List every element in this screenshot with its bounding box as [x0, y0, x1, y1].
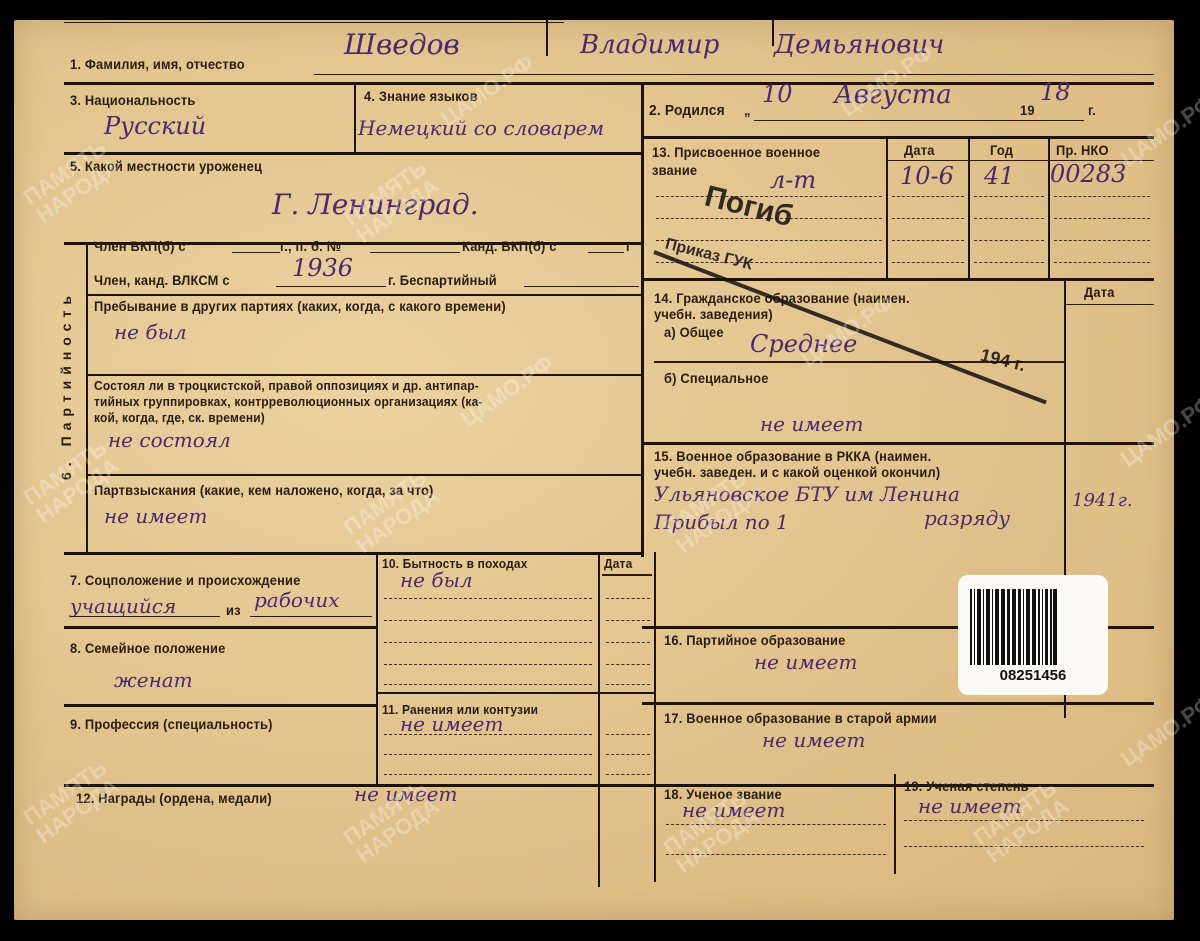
field-19-value: не имеет [918, 794, 1021, 818]
stamp-order: Приказ ГУК [663, 235, 754, 274]
dotted-rule [892, 262, 964, 263]
field-14-date-header: Дата [1084, 284, 1115, 300]
field-13-label-1: 13. Присвоенное военное [652, 144, 820, 160]
field-14-label-2: учебн. заведения) [654, 306, 773, 322]
dotted-rule [384, 620, 592, 621]
dotted-rule [1054, 218, 1150, 219]
field-6-penalties-value: не имеет [104, 504, 207, 528]
field-1-name: Владимир [580, 30, 719, 60]
field-14-general-value: Среднее [750, 330, 857, 358]
field-18-value: не имеет [682, 798, 785, 822]
barcode-number: 08251456 [958, 667, 1108, 684]
field-13-header-date: Дата [904, 142, 935, 158]
field-6-opposition-label-1: Состоял ли в троцкистской, правой оппози… [94, 378, 479, 393]
field-6-section-label: 6. Партийность [58, 290, 74, 480]
dotted-rule [606, 642, 650, 643]
dotted-rule [974, 240, 1044, 241]
field-2-year: 18 [1040, 78, 1071, 106]
field-19-label: 19. Ученая степень [904, 778, 1029, 794]
dotted-rule [384, 598, 592, 599]
field-6-penalties-label: Партвзыскания (какие, кем наложено, когд… [94, 482, 433, 498]
dotted-rule [606, 620, 650, 621]
dotted-rule [384, 642, 592, 643]
dotted-rule [606, 734, 650, 735]
field-5-label: 5. Какой местности уроженец [70, 158, 262, 174]
field-3-value: Русский [104, 112, 206, 140]
field-6-vkp-year: г., п. б. № [280, 238, 341, 254]
dotted-rule [384, 734, 592, 735]
dotted-rule [606, 754, 650, 755]
watermark: ПАМЯТЬНАРОДА [340, 467, 443, 558]
field-4-value: Немецкий со словарем [358, 116, 604, 140]
dotted-rule [606, 684, 650, 685]
dotted-rule [606, 774, 650, 775]
field-7-value-origin: рабочих [254, 588, 340, 612]
field-3-label: 3. Национальность [70, 92, 196, 108]
field-15-grade: разряду [924, 506, 1010, 530]
dotted-rule [974, 218, 1044, 219]
field-2-month: Августа [834, 80, 952, 110]
watermark: ЦАМО.РФ [1117, 391, 1200, 470]
field-2-year-unit: г. [1088, 102, 1096, 118]
dotted-rule [1054, 196, 1150, 197]
watermark: ПАМЯТЬНАРОДА [20, 137, 123, 228]
stamp-date: 194 г. [978, 345, 1027, 376]
field-10-value: не был [400, 568, 473, 592]
dotted-rule [384, 754, 592, 755]
field-17-label: 17. Военное образование в старой армии [664, 710, 937, 726]
field-7-connector: из [226, 602, 241, 618]
field-5-value: Г. Ленинград. [272, 188, 479, 221]
dotted-rule [384, 774, 592, 775]
field-6-other-parties-value: не был [114, 320, 187, 344]
field-14-general-label: а) Общее [664, 324, 724, 340]
field-15-arrival: Прибыл по 1 [654, 510, 789, 534]
field-6-opposition-value: не состоял [108, 428, 231, 452]
dotted-rule [892, 240, 964, 241]
dotted-rule [384, 664, 592, 665]
dotted-rule [974, 262, 1044, 263]
field-8-value: женат [114, 668, 193, 692]
field-15-school: Ульяновское БТУ им Ленина [654, 482, 960, 506]
field-13-header-order: Пр. НКО [1056, 142, 1109, 158]
dotted-rule [1054, 240, 1150, 241]
field-14-special-value: не имеет [760, 412, 863, 436]
field-15-label-1: 15. Военное образование в РККА (наимен. [654, 448, 931, 464]
field-2-quote: „ [744, 102, 751, 118]
field-17-value: не имеет [762, 728, 865, 752]
field-16-value: не имеет [754, 650, 857, 674]
field-6-vlksm-g: г. Беспартийный [388, 272, 497, 288]
field-13-date: 10-6 [900, 162, 954, 190]
field-2-year-prefix: 19 [1020, 102, 1035, 118]
barcode-bars [970, 589, 1096, 665]
field-12-label: 12. Награды (ордена, медали) [76, 790, 272, 806]
field-1-surname: Шведов [344, 28, 460, 61]
field-12-value: не имеет [354, 782, 457, 806]
field-15-label-2: учебн. заведен. и с какой оценкой окончи… [654, 464, 940, 480]
field-15-year: 1941г. [1072, 490, 1133, 511]
field-14-special-label: б) Специальное [664, 370, 769, 386]
field-7-label: 7. Соцположение и происхождение [70, 572, 301, 588]
field-6-vlksm-year: 1936 [292, 254, 353, 282]
field-6-other-parties-label: Пребывание в других партиях (каких, когд… [94, 298, 506, 314]
field-9-label: 9. Профессия (специальность) [70, 716, 273, 732]
dotted-rule [892, 218, 964, 219]
field-6-vlksm-label: Член, канд. ВЛКСМ с [94, 272, 230, 288]
field-11-value: не имеет [400, 712, 503, 736]
field-13-year: 41 [984, 162, 1015, 190]
dotted-rule [384, 684, 592, 685]
dotted-rule [892, 196, 964, 197]
field-4-label: 4. Знание языков [364, 88, 478, 104]
dotted-rule [1054, 262, 1150, 263]
field-2-label: 2. Родился [649, 102, 725, 119]
field-7-value-status: учащийся [70, 594, 176, 618]
field-1-patronymic: Демьянович [774, 30, 944, 60]
field-13-rank: л-т [770, 166, 816, 194]
watermark: ЦАМО.РФ [1117, 91, 1200, 170]
field-6-vkp-candidate: Канд. ВКП(б) с [462, 238, 557, 254]
field-6-opposition-label-3: кой, когда, где, ск. времени) [94, 410, 265, 425]
field-13-header-year: Год [990, 142, 1013, 158]
field-13-order: 00283 [1050, 160, 1126, 188]
field-6-opposition-label-2: тийных группировках, контрреволюционных … [94, 394, 483, 409]
field-13-label-2: звание [652, 162, 697, 178]
field-6-vkp-g: г [626, 238, 632, 254]
barcode-bar [1057, 589, 1059, 665]
barcode-label: 08251456 [958, 575, 1108, 695]
field-2-day: 10 [762, 80, 793, 108]
field-16-label: 16. Партийное образование [664, 632, 845, 648]
dotted-rule [606, 598, 650, 599]
dotted-rule [606, 664, 650, 665]
field-1-label: 1. Фамилия, имя, отчество [70, 56, 245, 72]
field-6-vkp-member: Член ВКП(б) с [94, 238, 186, 254]
field-10-date-header: Дата [604, 556, 632, 571]
dotted-rule [974, 196, 1044, 197]
personnel-record-card: 1. Фамилия, имя, отчество Шведов Владими… [14, 20, 1174, 920]
field-8-label: 8. Семейное положение [70, 640, 226, 656]
